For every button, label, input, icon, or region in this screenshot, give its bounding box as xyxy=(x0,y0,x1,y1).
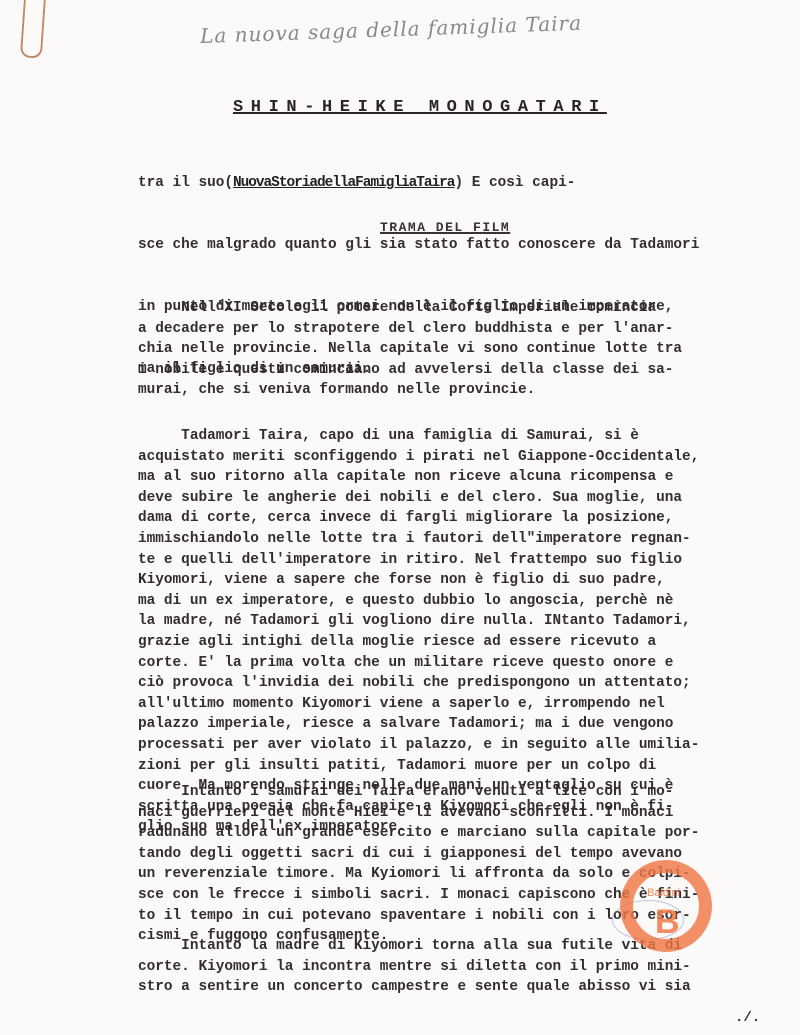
paragraph-line: acquistato meriti sconfiggendo i pirati … xyxy=(138,447,778,468)
continuation-mark: ./. xyxy=(735,1010,760,1026)
paragraph-line: stro a sentire un concerto campestre e s… xyxy=(138,977,778,998)
paragraph-line: corte. Kiyomori la incontra mentre si di… xyxy=(138,957,778,978)
paragraph-2: Tadamori Taira, capo di una famiglia di … xyxy=(138,426,778,838)
paragraph-line: grazie agli intighi della moglie riesce … xyxy=(138,632,778,653)
intro-line-text: ) E così capi- xyxy=(454,175,575,191)
stamp-name: Baldini xyxy=(647,887,680,899)
paragraph-line: la madre, né Tadamori gli vogliono dire … xyxy=(138,611,778,632)
section-heading: TRAMA DEL FILM xyxy=(380,220,510,235)
paragraph-line: Kiyomori, viene a sapere che forse non è… xyxy=(138,570,778,591)
paragraph-line: palazzo imperiale, riesce a salvare Tada… xyxy=(138,714,778,735)
paragraph-line: Intanto i samurai dei Taira erano venuti… xyxy=(138,782,778,803)
paragraph-line: chia nelle provincie. Nella capitale vi … xyxy=(138,339,778,360)
intro-line-text: tra il suo( xyxy=(138,175,233,191)
paragraph-line: zioni per gli insulti patiti, Tadamori m… xyxy=(138,756,778,777)
paragraph-line: te e quelli dell'imperatore in ritiro. N… xyxy=(138,550,778,571)
paragraph-1: Nell'XI Secolo il potere della Corte Imp… xyxy=(138,298,778,401)
struck-text: NuovaStoriadellaFamigliaTaira xyxy=(233,175,454,191)
document-page: La nuova saga della famiglia Taira SHIN-… xyxy=(0,0,800,1035)
document-title: SHIN-HEIKE MONOGATARI xyxy=(233,98,607,117)
paperclip-mark xyxy=(20,0,46,59)
paragraph-line: ciò provoca l'invidia dei nobili che pre… xyxy=(138,673,778,694)
paragraph-line: i nobile e questi cominciano ad avvelers… xyxy=(138,360,778,381)
paragraph-line: ma di un ex imperatore, e questo dubbio … xyxy=(138,591,778,612)
paragraph-line: ma al suo ritorno alla capitale non rice… xyxy=(138,467,778,488)
paragraph-line: processati per aver violato il palazzo, … xyxy=(138,735,778,756)
paragraph-line: murai, che si veniva formando nelle prov… xyxy=(138,380,778,401)
paragraph-line: naci guerrieri del monte Hiei e li aveva… xyxy=(138,803,778,824)
intro-line: tra il suo(NuovaStoriadellaFamigliaTaira… xyxy=(138,173,778,194)
paragraph-line: dama di corte, cerca invece di fargli mi… xyxy=(138,508,778,529)
paragraph-line: radunano allora un grande esercito e mar… xyxy=(138,823,778,844)
intro-line: sce che malgrado quanto gli sia stato fa… xyxy=(138,235,778,256)
paragraph-line: Nell'XI Secolo il potere della Corte Imp… xyxy=(138,298,778,319)
handwritten-note: La nuova saga della famiglia Taira xyxy=(200,8,661,48)
paragraph-line: corte. E' la prima volta che un militare… xyxy=(138,653,778,674)
paragraph-line: a decadere per lo strapotere del clero b… xyxy=(138,319,778,340)
stamp-letter: B xyxy=(655,903,680,942)
paragraph-line: deve subire le angherie dei nobili e del… xyxy=(138,488,778,509)
paragraph-line: all'ultimo momento Kiyomori viene a sape… xyxy=(138,694,778,715)
paragraph-line: Tadamori Taira, capo di una famiglia di … xyxy=(138,426,778,447)
paragraph-line: immischiandolo nelle lotte tra i fautori… xyxy=(138,529,778,550)
paragraph-line: tando degli oggetti sacri di cui i giapp… xyxy=(138,844,778,865)
library-stamp-logo: Baldini B xyxy=(620,860,712,952)
